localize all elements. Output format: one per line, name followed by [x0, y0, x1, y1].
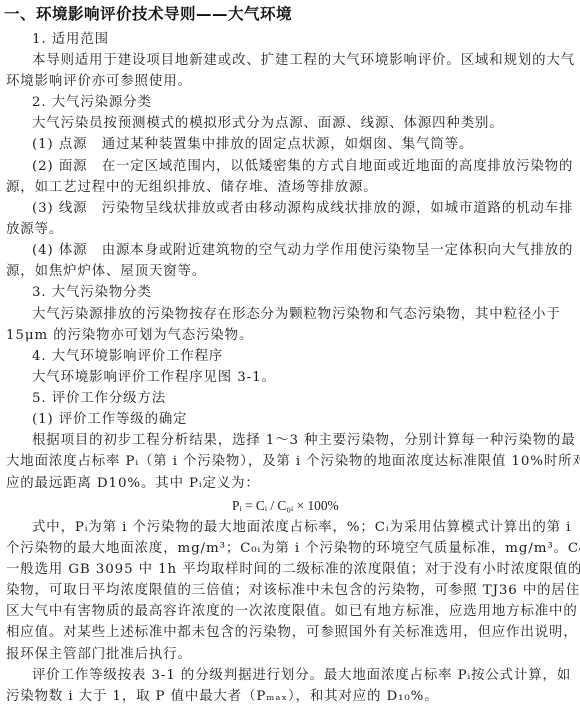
text-line: 根据项目的初步工程分析结果，选择 1～3 种主要污染物，分别计算每一种污染物的最: [0, 431, 580, 451]
text-line: (4) 体源 由源本身或附近建筑物的空气动力学作用使污染物呈一定体积向大气排放的: [0, 241, 580, 261]
text-line: 区大气中有害物质的最高容许浓度的一次浓度限值。如已有地方标准，应选用地方标准中的: [0, 602, 580, 622]
text-line: 染物，可取日平均浓度限值的三倍值；对该标准中未包含的污染物，可参照 TJ36 中…: [0, 581, 580, 601]
text-line: 15μm 的污染物亦可划为气态污染物。: [0, 326, 580, 346]
text-line: (2) 面源 在一定区域范围内，以低矮密集的方式自地面或近地面的高度排放污染物的: [0, 157, 580, 177]
text-line: 应的最远距离 D10%。其中 Pᵢ定义为：: [0, 474, 580, 494]
text-line: 1. 适用范围: [0, 30, 580, 50]
text-line: 大气污染员按预测模式的模拟形式分为点源、面源、线源、体源四种类别。: [0, 114, 580, 134]
text-line: (1) 点源 通过某种装置集中排放的固定点状源，如烟囱、集气筒等。: [0, 135, 580, 155]
text-line: 环境影响评价亦可参照使用。: [0, 72, 580, 92]
text-line: 个污染物的最大地面浓度，mg/m³；C₀ᵢ为第 i 个污染物的环境空气质量标准，…: [0, 539, 580, 559]
text-line: 源，如焦炉炉体、屋顶天窗等。: [0, 262, 580, 282]
text-line: 本导则适用于建设项目地新建或改、扩建工程的大气环境影响评价。区域和规划的大气: [0, 51, 580, 71]
text-line: 报环保主管部门批准后执行。: [0, 645, 580, 665]
text-line: 5. 评价工作分级方法: [0, 389, 580, 409]
text-line: 大气污染源排放的污染物按存在形态分为颗粒物污染物和气态污染物，其中粒径小于: [0, 305, 580, 325]
text-line: (3) 线源 污染物呈线状排放或者由移动源构成线状排放的源，如城市道路的机动车排: [0, 199, 580, 219]
text-line: 大地面浓度占标率 Pᵢ（第 i 个污染物），及第 i 个污染物的地面浓度达标准限…: [0, 452, 580, 472]
text-line: 一般选用 GB 3095 中 1h 平均取样时间的二级标准的浓度限值；对于没有小…: [0, 560, 580, 580]
text-line: 污染物数 i 大于 1，取 P 值中最大者（Pₘₐₓ），和其对应的 D₁₀%。: [0, 687, 580, 707]
text-line: 式中，Pᵢ为第 i 个污染物的最大地面浓度占标率，%；Cᵢ为采用估算模式计算出的…: [0, 518, 580, 538]
section-heading: 一、环境影响评价技术导则——大气环境: [4, 2, 292, 24]
text-line: 2. 大气污染源分类: [0, 93, 580, 113]
text-line: 源，如工艺过程中的无组织排放、储存堆、渣场等排放源。: [0, 178, 580, 198]
text-line: 相应值。对某些上述标准中都未包含的污染物，可参照国外有关标准选用，但应作出说明，: [0, 623, 580, 643]
text-line: 大气环境影响评价工作程序见图 3-1。: [0, 368, 580, 388]
text-line: 放源等。: [0, 220, 580, 240]
text-line: 3. 大气污染物分类: [0, 283, 580, 303]
text-line: 评价工作等级按表 3-1 的分级判据进行划分。最大地面浓度占标率 Pᵢ按公式计算…: [0, 666, 580, 686]
formula-pi: Pᵢ = Cᵢ / C₀ᵢ × 100%: [232, 496, 432, 516]
text-line: 4. 大气环境影响评价工作程序: [0, 347, 580, 367]
text-line: (1) 评价工作等级的确定: [0, 410, 580, 430]
